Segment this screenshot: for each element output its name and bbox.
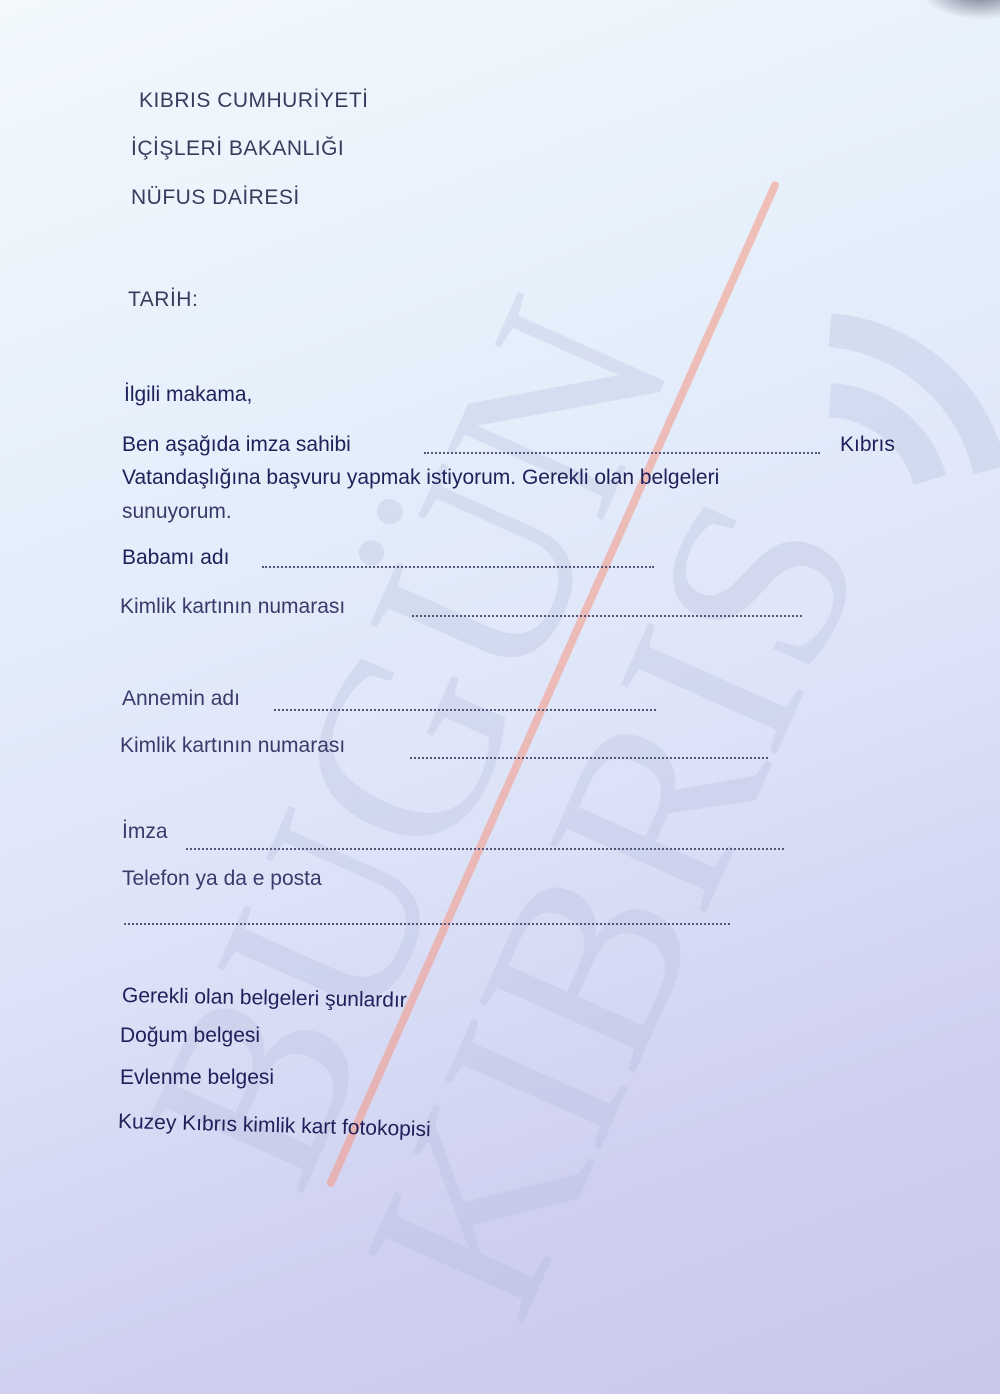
father-name-label: Babamı adı <box>122 546 229 570</box>
father-name-field[interactable] <box>262 566 654 568</box>
document-item: Kuzey Kıbrıs kimlik kart fotokopisi <box>118 1110 431 1142</box>
mother-name-label: Annemin adı <box>122 687 240 711</box>
signature-label: İmza <box>122 820 168 844</box>
red-diagonal-line <box>326 180 781 1188</box>
contact-label: Telefon ya da e posta <box>122 867 322 891</box>
document-item: Doğum belgesi <box>120 1024 260 1048</box>
svg-text:KIBRIS: KIBRIS <box>309 457 919 1353</box>
documents-title: Gerekli olan belgeleri şunlardır <box>122 984 407 1013</box>
header-line-1: KIBRIS CUMHURİYETİ <box>139 89 369 113</box>
header-line-3: NÜFUS DAİRESİ <box>131 186 300 210</box>
header-line-2: İÇİŞLERİ BAKANLIĞI <box>131 137 344 161</box>
photo-shadow <box>920 0 1000 20</box>
signature-field[interactable] <box>186 848 784 850</box>
father-id-field[interactable] <box>412 615 802 617</box>
intro-part2: Kıbrıs <box>840 433 895 457</box>
date-label: TARİH: <box>128 288 198 312</box>
document-item: Evlenme belgesi <box>120 1066 274 1090</box>
mother-id-field[interactable] <box>410 757 768 759</box>
intro-line2: Vatandaşlığına başvuru yapmak istiyorum.… <box>122 466 719 490</box>
father-id-label: Kimlik kartının numarası <box>120 595 345 619</box>
applicant-name-field[interactable] <box>424 452 820 454</box>
contact-field[interactable] <box>124 923 730 925</box>
intro-line3: sunuyorum. <box>122 500 232 524</box>
mother-name-field[interactable] <box>274 709 656 711</box>
wifi-logo-icon <box>830 330 990 480</box>
intro-part1: Ben aşağıda imza sahibi <box>122 433 351 457</box>
mother-id-label: Kimlik kartının numarası <box>120 734 345 758</box>
salutation: İlgili makama, <box>124 383 252 407</box>
